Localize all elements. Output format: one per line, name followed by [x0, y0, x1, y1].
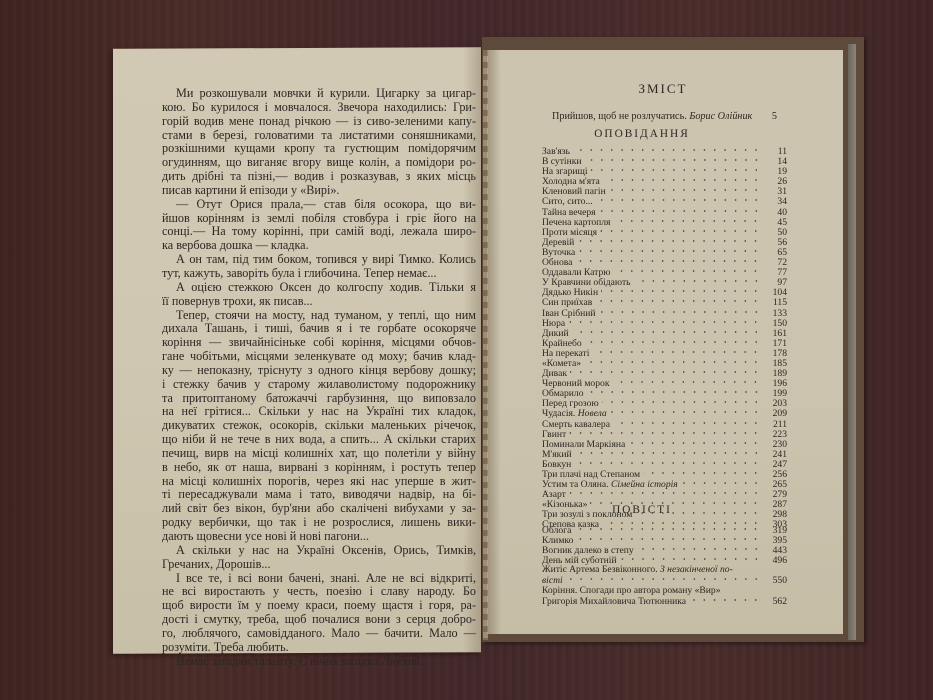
- leader-dots: [613, 267, 761, 275]
- text-line: ті пересаджували мама і тато, виводячи н…: [162, 488, 476, 502]
- toc-entry: Устим та Оляна. Сімейна історія265: [542, 479, 787, 489]
- toc-entry: Облога319: [542, 525, 787, 535]
- text-line: дості і смутку, треба, щоб почалися вони…: [162, 613, 476, 627]
- leader-dots: [587, 388, 762, 396]
- text-line: кою. Бо курилося і мовчалося. Звечора на…: [162, 101, 476, 115]
- leader-dots: [595, 297, 761, 305]
- leader-dots: [569, 489, 761, 497]
- text-line: печищ, вирв на місці колишніх хат, що по…: [162, 447, 476, 461]
- leader-dots: [573, 146, 761, 154]
- toc-entry: М'який241: [542, 449, 787, 459]
- leader-dots: [610, 408, 761, 416]
- text-line: розкішними кущами кропу та густющим помі…: [162, 142, 476, 156]
- text-line: горій водив мене понад річкою — із сиво-…: [162, 115, 476, 129]
- text-line: Гречаних, Дорошів...: [162, 558, 476, 572]
- text-line: на місці колишніх порогів, через які нас…: [162, 475, 476, 489]
- toc-entry: На згарищі19: [542, 166, 787, 176]
- toc-entry: Червоний морок196: [542, 378, 787, 388]
- text-line: лий світ без вікон, бур'яни або скалічен…: [162, 502, 476, 516]
- toc-entry: Зав'язь11: [542, 146, 787, 156]
- toc-entry: Сито, сито...34: [542, 196, 787, 206]
- leader-dots: [592, 348, 761, 356]
- toc-section-heading-novellas: ПОВІСТІ: [497, 504, 787, 516]
- paragraph: І все те, і всі вони бачені, знані. Але …: [162, 572, 476, 655]
- toc-entry: Оддавали Катрю77: [542, 267, 787, 277]
- leader-dots: [568, 318, 761, 326]
- text-line: гане чобітьми, місцями зеленкувате од мо…: [162, 350, 476, 364]
- toc-title: ЗМІСТ: [623, 81, 703, 97]
- paragraph: А оцією стежкою Оксен до колгоспу ходив.…: [162, 281, 476, 309]
- toc-entry: Печена картопля45: [542, 217, 787, 227]
- leader-dots: [613, 419, 761, 427]
- toc-entry: «Комета»185: [542, 358, 787, 368]
- leader-dots: [601, 287, 761, 295]
- text-line: тут, кажуть, заворіть була і глибочина. …: [162, 267, 476, 281]
- leader-dots: [574, 459, 761, 467]
- text-line: на неї грітися... Скільки у нас на Украї…: [162, 405, 476, 419]
- text-line: в небо, як от наша, вирвані з корінням, …: [162, 461, 476, 475]
- text-line: сонці.— На тому корінні, при самій воді,…: [162, 225, 476, 239]
- leader-dots: [576, 535, 761, 543]
- text-line: огудинням, що виганяє вгору вище колін, …: [162, 156, 476, 170]
- toc-entry: Вуточка65: [542, 247, 787, 257]
- text-line: дихала Ташань, і тиші, бачив я і те горб…: [162, 322, 476, 336]
- leader-dots: [569, 429, 761, 437]
- toc-entry: Нюра150: [542, 318, 787, 328]
- text-line: го, люблячого, самовідданого. Мало — бач…: [162, 627, 476, 641]
- page-number: 562: [761, 597, 787, 607]
- text-line: родку вербички, що так і не розрослися, …: [162, 516, 476, 530]
- toc-entry: Климко395: [542, 535, 787, 545]
- toc-entry: Коріння. Спогади про автора роману «Вир»: [542, 586, 787, 596]
- text-line: А скільки у нас на Україні Оксенів, Орис…: [162, 544, 476, 558]
- leader-dots: [612, 378, 761, 386]
- leader-dots: [599, 207, 761, 215]
- toc-entry: Смерть кавалера211: [542, 419, 787, 429]
- text-line: що ніби й не тече в них вода, а спить...…: [162, 433, 476, 447]
- book-spine: [483, 50, 488, 640]
- text-line: Ми розкошували мовчки й курили. Цигарку …: [162, 87, 476, 101]
- leader-dots: [566, 575, 761, 583]
- text-line: ку — непоказну, тріснуту з одного кінця …: [162, 364, 476, 378]
- toc-entry: Крайнебо171: [542, 338, 787, 348]
- paragraph: А он там, під тим боком, топився у вирі …: [162, 253, 476, 281]
- text-line: стами в березі, головатими та листатими …: [162, 129, 476, 143]
- text-line: щоб вирости їм у поему краси, поему щаст…: [162, 599, 476, 613]
- leader-dots: [585, 338, 761, 346]
- page-number: 115: [761, 298, 787, 308]
- leader-dots: [634, 277, 761, 285]
- paragraph: Ми розкошували мовчки й курили. Цигарку …: [162, 87, 476, 198]
- leader-dots: [603, 176, 761, 184]
- leader-dots: [681, 479, 761, 487]
- leader-dots: [591, 166, 761, 174]
- text-line: — Отут Орися прала,— став біля осокора, …: [162, 198, 476, 212]
- toc-entry: Кленовий пагін31: [542, 186, 787, 196]
- toc-entry-continuation: Григорія Михайловича Тютюнника562: [542, 596, 787, 606]
- toc-entry: Проти місяця50: [542, 227, 787, 237]
- toc-entry: Іван Срібний133: [542, 308, 787, 318]
- text-line: йшов корінням із землі побіля стовбура і…: [162, 212, 476, 226]
- leader-dots: [570, 368, 761, 376]
- toc-entry: Житіє Артема Безвіконного. З незакінчено…: [542, 565, 787, 575]
- leader-dots: [637, 545, 761, 553]
- toc-entry: Обнова72: [542, 257, 787, 267]
- text-line: та притоптаному батожаччі гарбузиння, що…: [162, 392, 476, 406]
- text-line: А он там, під тим боком, топився у вирі …: [162, 253, 476, 267]
- toc-foreword-entry: Прийшов, щоб не розлучатись. Борис Олійн…: [552, 111, 777, 122]
- toc-entry: Перед грозою203: [542, 398, 787, 408]
- text-line: і стежку бачив у старому жилаволистому п…: [162, 378, 476, 392]
- leader-dots: [689, 596, 761, 604]
- leader-dots: [585, 156, 761, 164]
- text-line: писав картини й епізоди у «Вирі».: [162, 184, 476, 198]
- foreword-title-author: Прийшов, щоб не розлучатись. Борис Олійн…: [552, 111, 752, 122]
- text-line: розуміти. Треба любить.: [162, 641, 476, 655]
- text-line: дикуватих стежок, осокорів, скільки мале…: [162, 419, 476, 433]
- text-line: її повернув трохи, як писав...: [162, 295, 476, 309]
- toc-entry: Деревій56: [542, 237, 787, 247]
- leader-dots: [599, 308, 761, 316]
- book-cover-edge: [848, 44, 856, 640]
- text-line: дить дрібні та пізні,— водив і розказува…: [162, 170, 476, 184]
- leader-dots: [574, 525, 761, 533]
- toc-entry: Поминали Маркіяна230: [542, 439, 787, 449]
- toc-list-stories: Зав'язь11В сутінки14На згарищі19Холодна …: [542, 146, 787, 530]
- left-page-body-text: Ми розкошували мовчки й курили. Цигарку …: [162, 87, 476, 668]
- leader-dots: [602, 398, 761, 406]
- text-line: Немає загадки таланту. Є вічна загадка Л…: [162, 655, 476, 669]
- toc-entry: Дядько Никін104: [542, 287, 787, 297]
- page-number: 550: [761, 576, 787, 586]
- toc-section-heading-stories: ОПОВІДАННЯ: [497, 128, 787, 140]
- toc-entry: Бовкун247: [542, 459, 787, 469]
- toc-entry: Гвинт223: [542, 429, 787, 439]
- foreword-page: 5: [772, 111, 777, 122]
- text-line: Тепер, стоячи на мосту, над туманом, у т…: [162, 309, 476, 323]
- leader-dots: [643, 469, 761, 477]
- leader-dots: [613, 217, 761, 225]
- toc-entry: Обмарило199: [542, 388, 787, 398]
- toc-entry: У Кравчини обідають97: [542, 277, 787, 287]
- leader-dots: [577, 237, 761, 245]
- leader-dots: [628, 439, 761, 447]
- leader-dots: [596, 196, 761, 204]
- leader-dots: [609, 186, 761, 194]
- toc-entry: В сутінки14: [542, 156, 787, 166]
- leader-dots: [575, 257, 761, 265]
- toc-list-novellas: Облога319Климко395Вогник далеко в степу4…: [542, 525, 787, 606]
- text-line: ка вербова дошка — кладка.: [162, 239, 476, 253]
- toc-entry: Три плачі над Степаном256: [542, 469, 787, 479]
- toc-entry: Дикий161: [542, 328, 787, 338]
- text-line: дають щовесни усе нові й нові пагони...: [162, 530, 476, 544]
- leader-dots: [575, 449, 761, 457]
- text-line: І все те, і всі вони бачені, знані. Але …: [162, 572, 476, 586]
- toc-entry: Вогник далеко в степу443: [542, 545, 787, 555]
- toc-entry: Тайна вечеря40: [542, 207, 787, 217]
- toc-entry: Дивак189: [542, 368, 787, 378]
- text-line: коріння — звичайнісіньке собі коріння, м…: [162, 336, 476, 350]
- leader-dots: [584, 358, 761, 366]
- toc-entry: Холодна м'ята26: [542, 176, 787, 186]
- text-line: А оцією стежкою Оксен до колгоспу ходив.…: [162, 281, 476, 295]
- text-line: не всі виростають у честь, поезію і слав…: [162, 585, 476, 599]
- toc-entry: Азарт279: [542, 489, 787, 499]
- paragraph: А скільки у нас на Україні Оксенів, Орис…: [162, 544, 476, 572]
- paragraph: Тепер, стоячи на мосту, над туманом, у т…: [162, 309, 476, 544]
- leader-dots: [572, 328, 761, 336]
- toc-entry: Син приїхав115: [542, 297, 787, 307]
- toc-entry: На перекаті178: [542, 348, 787, 358]
- leader-dots: [600, 227, 761, 235]
- leader-dots: [620, 555, 761, 563]
- paragraph: — Отут Орися прала,— став біля осокора, …: [162, 198, 476, 253]
- leader-dots: [578, 247, 761, 255]
- page-number: 496: [761, 556, 787, 566]
- paragraph: Немає загадки таланту. Є вічна загадка Л…: [162, 655, 476, 669]
- toc-entry: Чудасія. Новела209: [542, 408, 787, 418]
